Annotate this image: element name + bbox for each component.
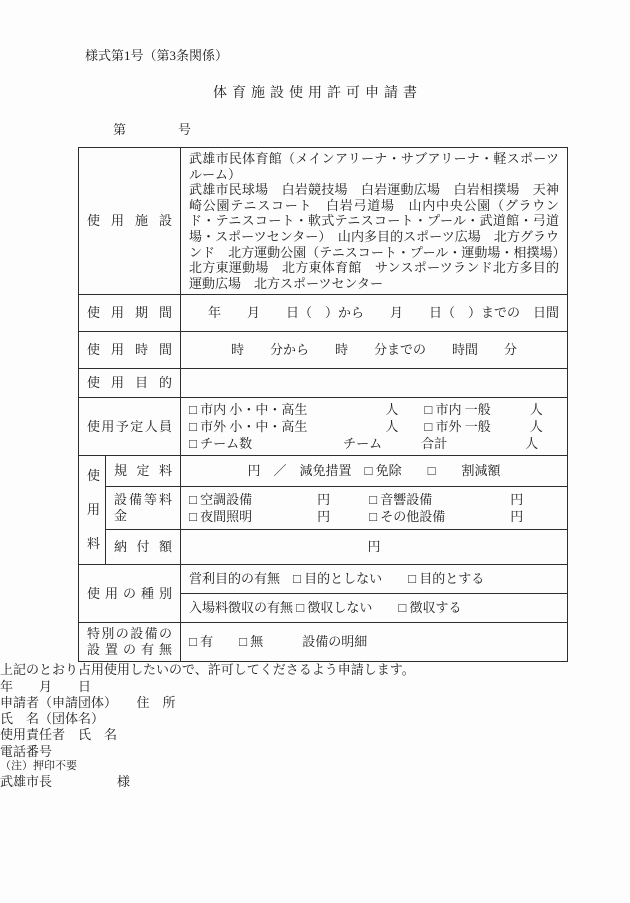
fee-group-label: 使 用 料 xyxy=(79,456,106,565)
row-fee-regular: 使 用 料 規定料 円 ／ 減免措置 □ 免除 □ 割減額 xyxy=(79,456,568,487)
closing-statement: 上記のとおり占用使用したいので、許可してくださるよう申請します。 xyxy=(0,662,630,678)
row-period: 使用期間 年 月 日（ ）から 月 日（ ）までの 日間 xyxy=(79,295,568,332)
applicant-address-line: 申請者（申請団体） 住 所 xyxy=(0,695,630,711)
people-line-teams: □ チーム数 チーム 合計 人 xyxy=(189,435,559,452)
special-label: 特別の設備の 設置の有無 xyxy=(79,623,181,662)
fee-payment-label: 納付額 xyxy=(106,530,181,565)
page-title: 体育施設使用許可申請書 xyxy=(5,85,630,103)
form-number: 様式第1号（第3条関係） xyxy=(85,48,630,64)
fee-regular-label: 規定料 xyxy=(106,456,181,487)
phone-number-line: 電話番号 xyxy=(0,744,630,760)
fee-equipment-label: 設備等料金 xyxy=(106,487,181,530)
manager-name-line: 使用責任者 氏 名 xyxy=(0,727,630,743)
row-purpose: 使用目的 xyxy=(79,369,568,398)
signature-block: 上記のとおり占用使用したいので、許可してくださるよう申請します。 年 月 日 申… xyxy=(0,662,630,790)
fee-equipment-value: □ 空調設備 円 □ 音響設備 円 □ 夜間照明 円 □ その他設備 円 xyxy=(181,487,568,530)
row-special-equipment: 特別の設備の 設置の有無 □ 有 □ 無 設備の明細 xyxy=(79,623,568,662)
equipment-line-1: □ 空調設備 円 □ 音響設備 円 xyxy=(189,491,559,508)
row-fee-equipment: 設備等料金 □ 空調設備 円 □ 音響設備 円 □ 夜間照明 円 □ その他設備… xyxy=(79,487,568,530)
seal-not-required-note: （注）押印不要 xyxy=(0,760,630,774)
facility-label: 使用施設 xyxy=(79,148,181,295)
facility-value: 武雄市民体育館（メインアリーナ・サブアリーナ・軽スポーツルーム） 武雄市民球場 … xyxy=(181,148,568,295)
applicant-name-line: 氏 名（団体名） xyxy=(0,711,630,727)
period-value: 年 月 日（ ）から 月 日（ ）までの 日間 xyxy=(181,295,568,332)
period-label: 使用期間 xyxy=(79,295,181,332)
type-profit-value: 営利目的の有無 □ 目的としない □ 目的とする xyxy=(181,565,568,594)
addressee-line: 武雄市長 様 xyxy=(0,774,630,790)
fee-regular-value: 円 ／ 減免措置 □ 免除 □ 割減額 xyxy=(181,456,568,487)
document-number: 第 号 xyxy=(113,122,630,138)
row-fee-payment: 納付額 円 xyxy=(79,530,568,565)
row-time: 使用時間 時 分から 時 分までの 時間 分 xyxy=(79,332,568,369)
people-value: □ 市内 小・中・高生 人 □ 市内 一般 人 □ 市外 小・中・高生 人 □ … xyxy=(181,398,568,456)
special-value: □ 有 □ 無 設備の明細 xyxy=(181,623,568,662)
application-table: 使用施設 武雄市民体育館（メインアリーナ・サブアリーナ・軽スポーツルーム） 武雄… xyxy=(78,147,568,662)
time-value: 時 分から 時 分までの 時間 分 xyxy=(181,332,568,369)
equipment-line-2: □ 夜間照明 円 □ その他設備 円 xyxy=(189,508,559,525)
type-admission-value: 入場料徴収の有無 □ 徴収しない □ 徴収する xyxy=(181,594,568,623)
purpose-label: 使用目的 xyxy=(79,369,181,398)
people-line-outside-students: □ 市外 小・中・高生 人 □ 市外 一般 人 xyxy=(189,418,559,435)
fee-payment-value: 円 xyxy=(181,530,568,565)
time-label: 使用時間 xyxy=(79,332,181,369)
row-facility: 使用施設 武雄市民体育館（メインアリーナ・サブアリーナ・軽スポーツルーム） 武雄… xyxy=(79,148,568,295)
people-line-city-students: □ 市内 小・中・高生 人 □ 市内 一般 人 xyxy=(189,401,559,418)
row-people: 使用予定人員 □ 市内 小・中・高生 人 □ 市内 一般 人 □ 市外 小・中・… xyxy=(79,398,568,456)
date-line: 年 月 日 xyxy=(0,679,630,695)
row-type-profit: 使用の種別 営利目的の有無 □ 目的としない □ 目的とする xyxy=(79,565,568,594)
purpose-value xyxy=(181,369,568,398)
type-label: 使用の種別 xyxy=(79,565,181,623)
people-label: 使用予定人員 xyxy=(79,398,181,456)
